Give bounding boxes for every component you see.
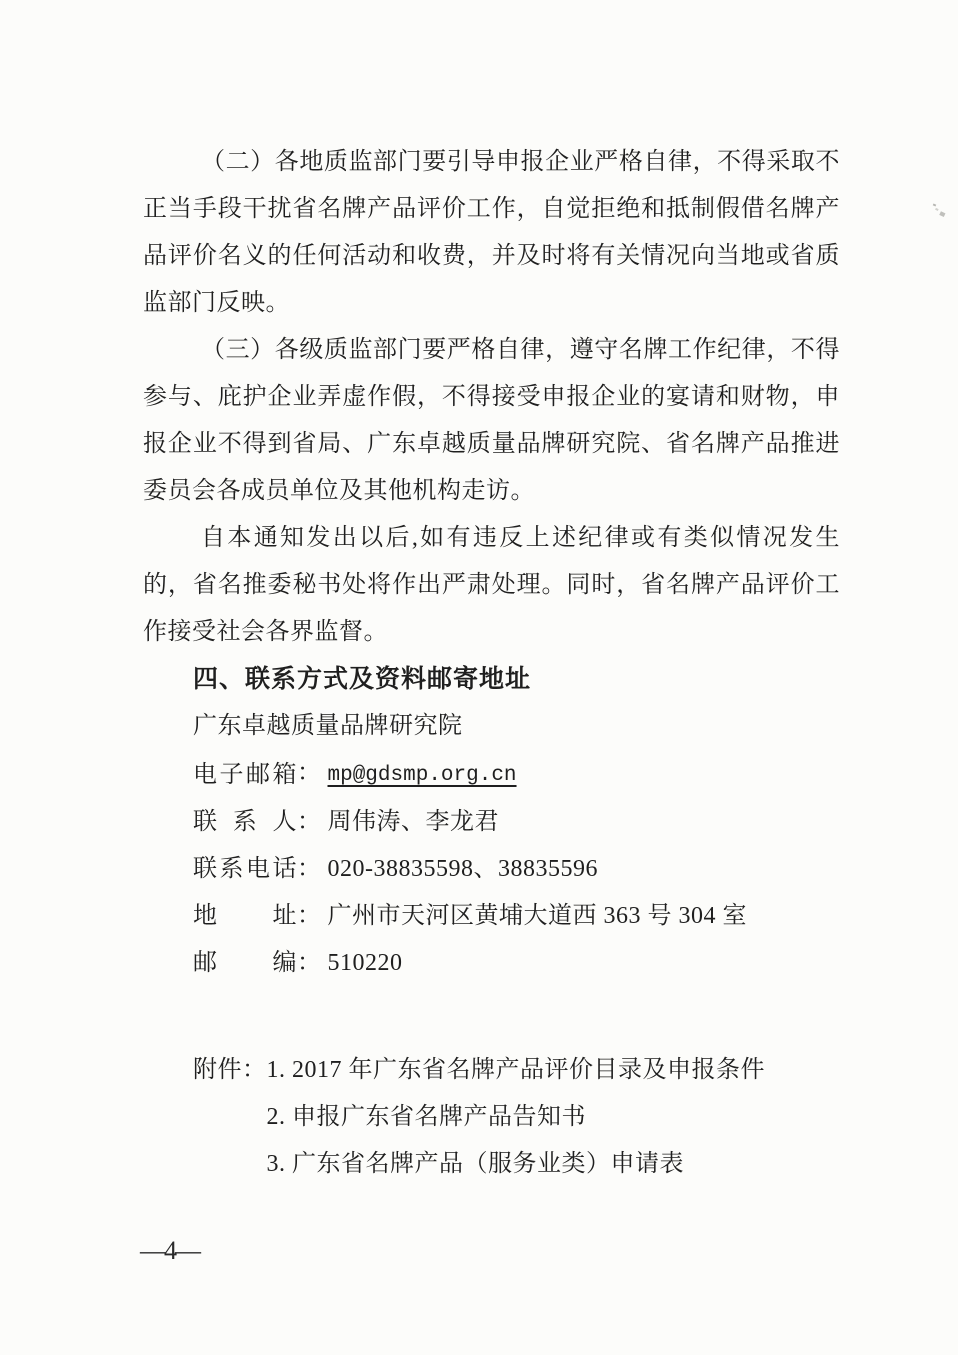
paragraph-notice-discipline: 自本通知发出以后,如有违反上述纪律或有类似情况发生的，省名推委秘书处将作出严肃处…	[143, 515, 840, 656]
attachment-item-3: 3. 广东省名牌产品（服务业类）申请表	[267, 1141, 841, 1188]
colon-separator: ：	[297, 893, 322, 940]
contact-block: 广东卓越质量品牌研究院 电子邮箱：mp@gdsmp.org.cn 联系人：周伟涛…	[143, 703, 840, 987]
page-number: —4—	[140, 1233, 199, 1269]
contact-zipcode-label: 邮编	[193, 940, 297, 987]
contact-row-zipcode: 邮编：510220	[193, 940, 840, 987]
scan-artifact-speck	[933, 203, 937, 206]
contact-row-address: 地址：广州市天河区黄埔大道西 363 号 304 室	[193, 893, 840, 940]
colon-separator: ：	[297, 846, 322, 893]
attachments-block: 附件： 1. 2017 年广东省名牌产品评价目录及申报条件 2. 申报广东省名牌…	[143, 1047, 840, 1188]
colon-separator: ：	[297, 750, 322, 797]
document-body: （二）各地质监部门要引导申报企业严格自律，不得采取不正当手段干扰省名牌产品评价工…	[143, 139, 840, 1188]
paragraph-item-2: （二）各地质监部门要引导申报企业严格自律，不得采取不正当手段干扰省名牌产品评价工…	[143, 139, 840, 327]
attachments-list: 1. 2017 年广东省名牌产品评价目录及申报条件 2. 申报广东省名牌产品告知…	[267, 1047, 841, 1188]
contact-org: 广东卓越质量品牌研究院	[193, 703, 840, 750]
contact-zipcode-value: 510220	[328, 950, 403, 976]
contact-row-person: 联系人：周伟涛、李龙君	[193, 799, 840, 846]
colon-separator: ：	[297, 940, 322, 987]
attachment-item-2: 2. 申报广东省名牌产品告知书	[267, 1094, 841, 1141]
colon-separator: ：	[297, 799, 322, 846]
contact-email-value: mp@gdsmp.org.cn	[328, 764, 517, 787]
contact-row-email: 电子邮箱：mp@gdsmp.org.cn	[193, 750, 840, 799]
contact-address-value: 广州市天河区黄埔大道西 363 号 304 室	[328, 903, 748, 929]
contact-phone-label: 联系电话	[193, 846, 297, 893]
contact-person-label: 联系人	[193, 799, 297, 846]
contact-row-phone: 联系电话：020-38835598、38835596	[193, 846, 840, 893]
contact-phone-value: 020-38835598、38835596	[328, 856, 599, 882]
attachments-label: 附件：	[193, 1047, 267, 1188]
contact-person-value: 周伟涛、李龙君	[328, 809, 500, 835]
contact-email-label: 电子邮箱	[193, 752, 297, 799]
scanned-document-page: （二）各地质监部门要引导申报企业严格自律，不得采取不正当手段干扰省名牌产品评价工…	[0, 0, 958, 1355]
attachment-item-1: 1. 2017 年广东省名牌产品评价目录及申报条件	[267, 1047, 841, 1094]
section-heading-contact: 四、联系方式及资料邮寄地址	[143, 656, 840, 703]
paragraph-item-3: （三）各级质监部门要严格自律，遵守名牌工作纪律，不得参与、庇护企业弄虚作假，不得…	[143, 327, 840, 515]
contact-address-label: 地址	[193, 893, 297, 940]
